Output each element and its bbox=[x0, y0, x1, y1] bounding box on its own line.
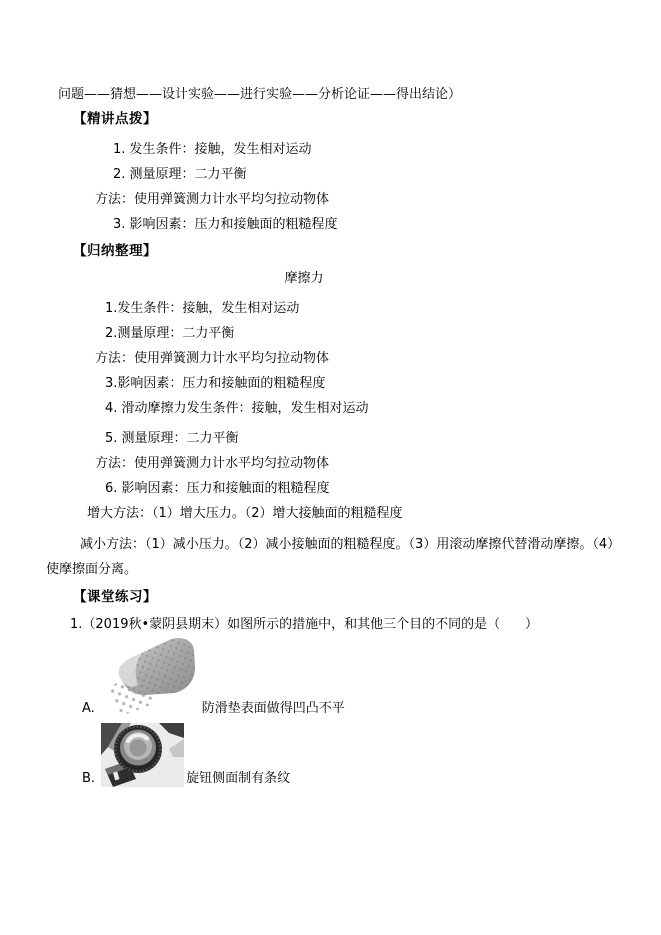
intro-line: 问题——猜想——设计实验——进行实验——分析论证——得出结论） bbox=[58, 82, 616, 107]
summary-item-5: 5. 测量原理：二力平衡 bbox=[105, 426, 616, 451]
summary-decrease-methods: 减小方法：（1）减小压力。（2）减小接触面的粗糙程度。（3）用滚动摩擦代替滑动摩… bbox=[46, 532, 616, 582]
practice-question-1: 1.（2019秋•蒙阴县期末）如图所示的措施中，和其他三个目的不同的是（ ） bbox=[70, 612, 616, 637]
summary-title: 摩擦力 bbox=[46, 266, 616, 291]
option-b-row: B. 旋钮侧面制有条纹 bbox=[82, 723, 616, 787]
section-heading-summary: 【归纳整理】 bbox=[73, 239, 616, 264]
key-points-item-3: 3. 影响因素：压力和接触面的粗糙程度 bbox=[113, 212, 616, 237]
option-a-row: A. bbox=[82, 637, 616, 717]
summary-item-3: 3.影响因素：压力和接触面的粗糙程度 bbox=[105, 371, 616, 396]
option-b-caption: 旋钮侧面制有条纹 bbox=[186, 766, 290, 791]
section-heading-key-points: 【精讲点拨】 bbox=[73, 107, 616, 132]
summary-method-2: 方法：使用弹簧测力计水平均匀拉动物体 bbox=[95, 451, 616, 476]
summary-item-6: 6. 影响因素：压力和接触面的粗糙程度 bbox=[105, 476, 616, 501]
knob-image bbox=[101, 723, 184, 787]
key-points-method: 方法：使用弹簧测力计水平均匀拉动物体 bbox=[95, 187, 616, 212]
section-heading-practice: 【课堂练习】 bbox=[73, 585, 616, 610]
key-points-item-2: 2. 测量原理：二力平衡 bbox=[113, 162, 616, 187]
summary-item-1: 1.发生条件：接触，发生相对运动 bbox=[105, 296, 616, 321]
summary-item-4: 4. 滑动摩擦力发生条件：接触，发生相对运动 bbox=[105, 396, 616, 421]
key-points-item-1: 1. 发生条件：接触，发生相对运动 bbox=[113, 137, 616, 162]
option-a-label: A. bbox=[82, 696, 95, 721]
option-b-label: B. bbox=[82, 766, 95, 791]
worksheet-page: 问题——猜想——设计实验——进行实验——分析论证——得出结论） 【精讲点拨】 1… bbox=[0, 0, 661, 935]
anti-slip-mat-image bbox=[107, 637, 200, 717]
summary-method-1: 方法：使用弹簧测力计水平均匀拉动物体 bbox=[95, 346, 616, 371]
summary-item-2: 2.测量原理：二力平衡 bbox=[105, 321, 616, 346]
summary-increase-methods: 增大方法：（1）增大压力。（2）增大接触面的粗糙程度 bbox=[87, 501, 616, 526]
option-a-caption: 防滑垫表面做得凹凸不平 bbox=[202, 696, 345, 721]
